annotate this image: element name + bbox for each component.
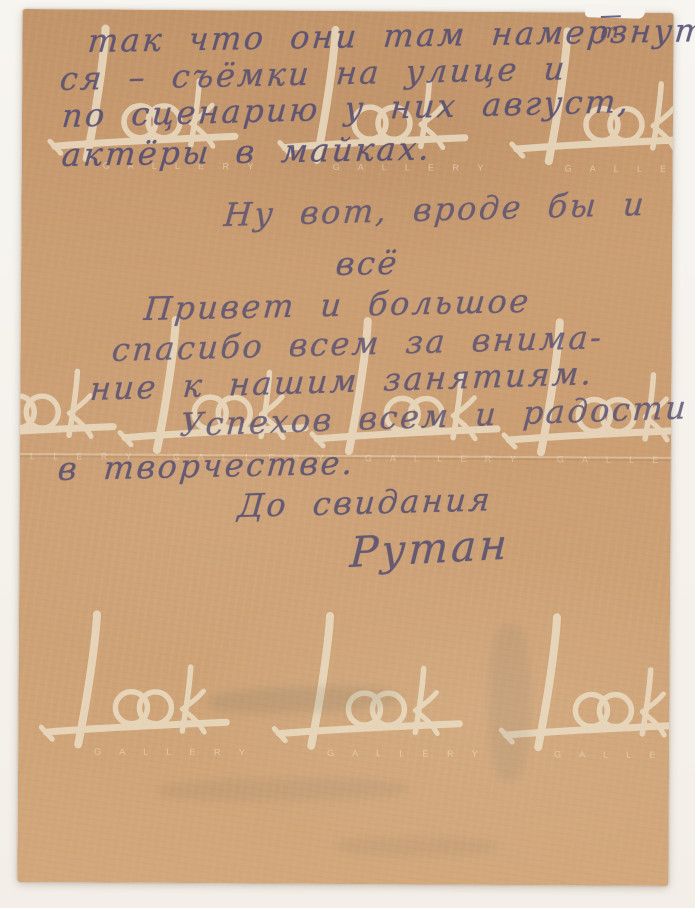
watermark-gallery-label: G A L L E R Y [565,163,674,174]
look-watermark-icon: G A L L E R Y [509,23,674,184]
paper-grain-texture [17,9,673,886]
letter-paper: G A L L E R Y G A L L E R Y [17,9,673,886]
scan-page: G A L L E R Y G A L L E R Y [0,0,695,908]
paper-edge-notch [585,4,645,19]
look-watermark-icon: G A L L E R Y [271,608,482,769]
watermark-gallery-label: G A L L E R Y [554,749,674,760]
paper-fold-crease [20,453,671,461]
look-gallery-watermark: G A L L E R Y [509,23,674,184]
watermark-gallery-label: G A L L E R Y [333,162,488,173]
watermark-gallery-label: G A L L E R Y [103,161,258,172]
look-gallery-watermark: G A L L E R Y [277,22,488,183]
ghost-writing-mark [208,684,399,715]
ghost-writing-mark [338,837,498,856]
look-gallery-watermark: G A L L E R Y [309,313,520,474]
look-watermark-icon: G A L L E R Y [17,310,135,471]
look-watermark-icon: G A L L E R Y [277,22,488,183]
look-watermark-icon: G A L L E R Y [38,606,249,767]
look-gallery-watermark: G A L L E R Y [117,312,328,473]
look-gallery-watermark: G A L L E R Y [501,314,674,475]
watermark-gallery-label: G A L L E R Y [94,746,249,757]
look-gallery-watermark: G A L L E R Y [38,606,249,767]
look-watermark-icon: G A L L E R Y [498,609,674,770]
watermark-layer: G A L L E R Y G A L L E R Y [23,9,674,13]
ghost-writing-mark [158,777,408,802]
look-watermark-icon: G A L L E R Y [47,20,258,181]
look-gallery-watermark: G A L L E R Y [498,609,674,770]
look-watermark-icon: G A L L E R Y [309,313,520,474]
look-watermark-icon: G A L L E R Y [501,314,674,475]
ghost-writing-mark [488,624,531,782]
look-gallery-watermark: G A L L E R Y [17,310,135,471]
look-gallery-watermark: G A L L E R Y [47,20,258,181]
watermark-gallery-label: G A L L E R Y [327,748,482,759]
look-gallery-watermark: G A L L E R Y [271,608,482,769]
look-watermark-icon: G A L L E R Y [117,312,328,473]
